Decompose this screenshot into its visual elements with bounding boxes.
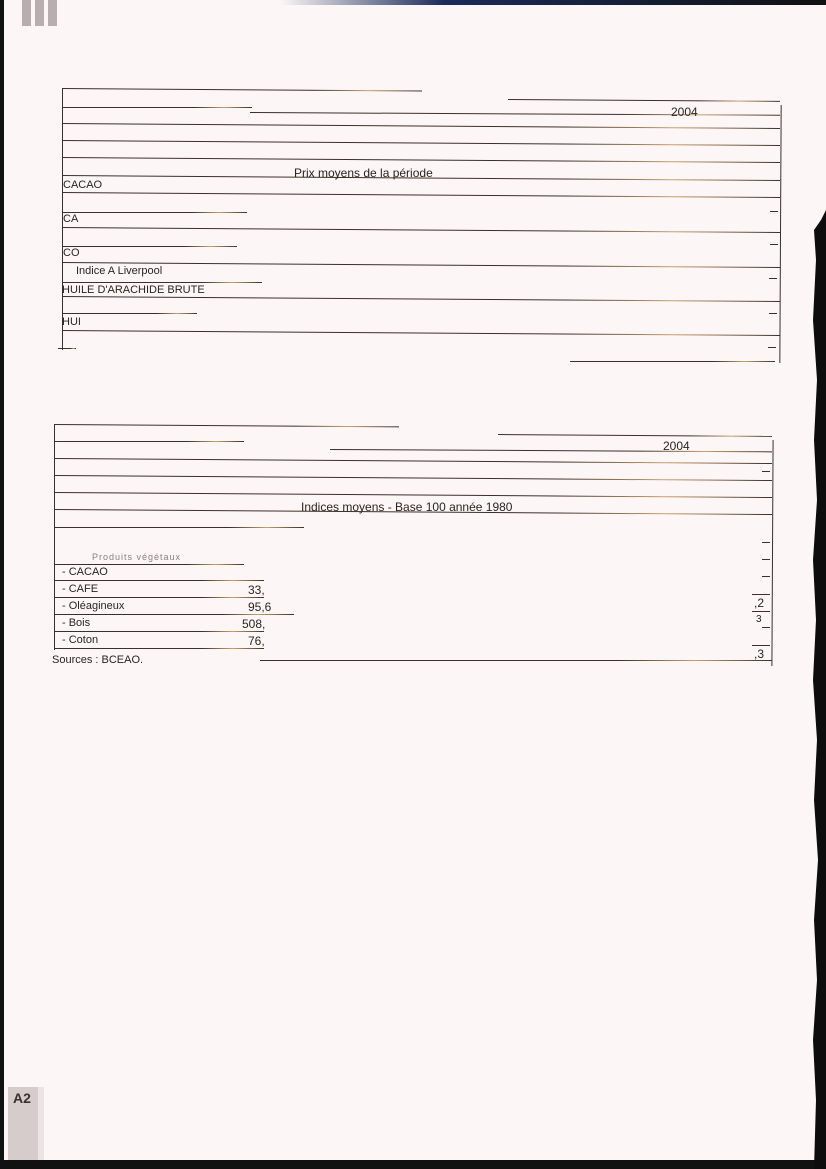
row-value: 76, — [248, 635, 265, 648]
row-label: - CACAO — [62, 566, 108, 579]
section-title: Indices moyens - Base 100 année 1980 — [301, 501, 512, 514]
row-label: - Oléagineux — [62, 600, 124, 613]
group-label: Produits végétaux — [92, 551, 181, 564]
row-label: - Coton — [62, 634, 98, 647]
row-value-right: ,3 — [754, 648, 764, 661]
row-value: 33, — [248, 584, 265, 597]
page-number: A2 — [13, 1090, 31, 1106]
row-value: 508, — [242, 618, 265, 631]
scan-border-bottom — [0, 1160, 826, 1169]
row-label: - CAFE — [62, 583, 98, 596]
row-value-right: ,2 — [754, 597, 764, 610]
row-value-right: 3 — [756, 613, 762, 626]
sources-note: Sources : BCEAO. — [52, 654, 143, 666]
row-label: - Bois — [62, 617, 90, 630]
table-indices-moyens: 2004 Indices moyens - Base 100 année 198… — [0, 0, 826, 700]
row-value: 95,6 — [248, 601, 271, 614]
column-header-year: 2004 — [663, 440, 690, 453]
page-number-tab: A2 — [8, 1087, 44, 1160]
